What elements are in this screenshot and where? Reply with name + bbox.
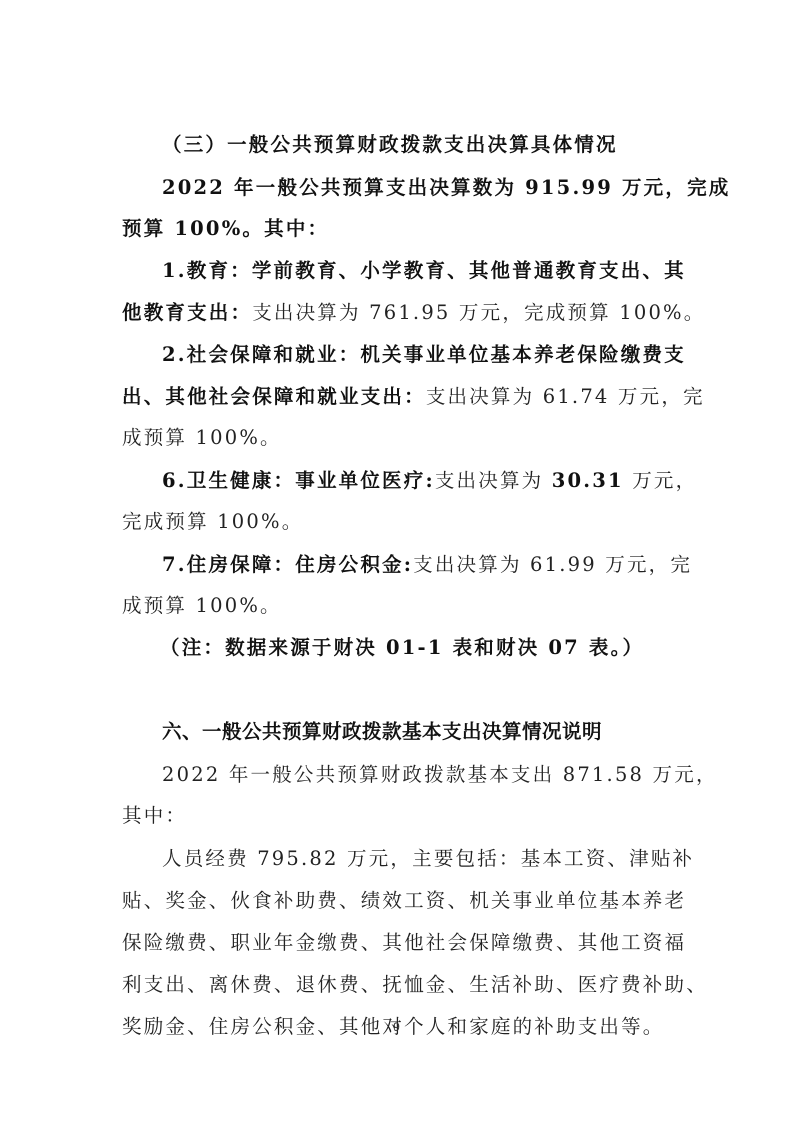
item-education-line2: 他教育支出：支出决算为 761.95 万元，完成预算 100%。 — [122, 297, 705, 325]
item-social-security-line3: 成预算 100%。 — [122, 422, 282, 450]
item-housing-line1: 7.住房保障：住房公积金:支出决算为 61.99 万元，完 — [162, 549, 692, 577]
section6-para2-line3: 保险缴费、职业年金缴费、其他社会保障缴费、其他工资福 — [122, 927, 686, 955]
item-health-label: 6.卫生健康：事业单位医疗: — [162, 469, 435, 492]
section3-intro-line2: 预算 100%。其中： — [122, 213, 329, 241]
item-housing-label: 7.住房保障：住房公积金: — [162, 553, 413, 576]
item-education-label: 1.教育：学前教育、小学教育、其他普通教育支出、其 — [162, 255, 686, 283]
item-social-security-line2: 出、其他社会保障和就业支出：支出决算为 61.74 万元，完 — [122, 381, 705, 409]
item-health-amount: 30.31 — [552, 469, 624, 492]
section6-para1-line2: 其中： — [122, 800, 187, 828]
item-social-security-value: 支出决算为 61.74 万元，完 — [426, 385, 705, 408]
document-page: （三）一般公共预算财政拨款支出决算具体情况 2022 年一般公共预算支出决算数为… — [0, 0, 793, 1122]
item-social-security-label-cont: 出、其他社会保障和就业支出： — [122, 385, 426, 408]
item-health-value-a: 支出决算为 — [435, 469, 552, 492]
item-health-line1: 6.卫生健康：事业单位医疗:支出决算为 30.31 万元， — [162, 465, 697, 493]
data-source-note: （注：数据来源于财决 01-1 表和财决 07 表。） — [160, 632, 644, 660]
section3-intro-line1: 2022 年一般公共预算支出决算数为 915.99 万元，完成 — [162, 172, 730, 200]
item-health-line2: 完成预算 100%。 — [122, 506, 303, 534]
section6-para2-line4: 利支出、离休费、退休费、抚恤金、生活补助、医疗费补助、 — [122, 969, 708, 997]
page-number: 9 — [0, 1020, 793, 1034]
item-housing-value: 支出决算为 61.99 万元，完 — [413, 553, 692, 576]
section6-para1-line1: 2022 年一般公共预算财政拨款基本支出 871.58 万元， — [162, 759, 718, 787]
item-housing-line2: 成预算 100%。 — [122, 590, 282, 618]
item-health-value-c: 万元， — [624, 469, 698, 492]
section6-para2-line1: 人员经费 795.82 万元，主要包括：基本工资、津贴补 — [162, 843, 694, 871]
item-education-label-cont: 他教育支出： — [122, 301, 252, 324]
section6-para2-line2: 贴、奖金、伙食补助费、绩效工资、机关事业单位基本养老 — [122, 885, 686, 913]
item-social-security-label: 2.社会保障和就业：机关事业单位基本养老保险缴费支 — [162, 339, 686, 367]
section3-heading: （三）一般公共预算财政拨款支出决算具体情况 — [162, 129, 618, 157]
section6-heading: 六、一般公共预算财政拨款基本支出决算情况说明 — [162, 716, 602, 744]
item-education-value: 支出决算为 761.95 万元，完成预算 100%。 — [252, 301, 705, 324]
